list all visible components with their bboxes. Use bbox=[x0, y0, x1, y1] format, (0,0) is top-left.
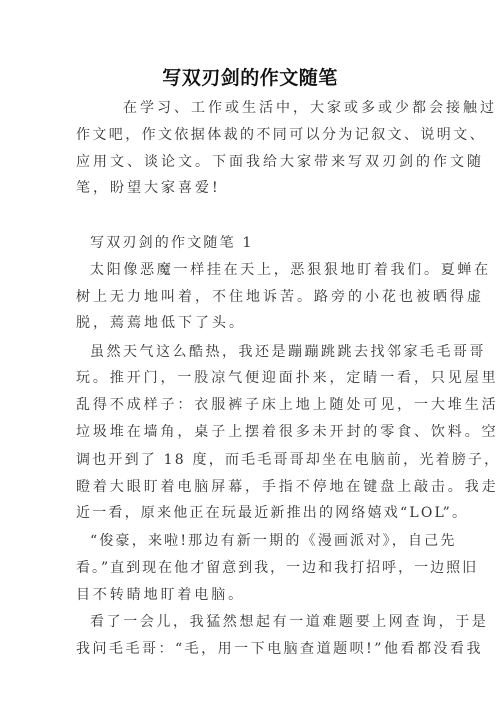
intro-line: 应用文、谈论文。下面我给大家带来写双刃剑的作文随 bbox=[76, 153, 426, 171]
document-page: 写双刃剑的作文随笔 在学习、工作或生活中，大家或多或少都会接触过 作文吧，作文依… bbox=[0, 0, 500, 707]
body-line: 近一看，原来他正在玩最近新推出的网络嬉戏“LOL”。 bbox=[76, 504, 426, 522]
body-line: 玩。推开门，一股凉气便迎面扑来，定睛一看，只见屋里 bbox=[76, 369, 426, 387]
body-line: 乱得不成样子：衣服裤子床上地上随处可见，一大堆生活 bbox=[76, 396, 426, 414]
body-line: 垃圾堆在墙角，桌子上摆着很多未开封的零食、饮料。空 bbox=[76, 423, 426, 441]
body-line: 树上无力地叫着，不住地诉苦。路旁的小花也被晒得虚 bbox=[76, 288, 426, 306]
document-title: 写双刃剑的作文随笔 bbox=[0, 63, 500, 90]
body-line: 看了一会儿，我猛然想起有一道难题要上网查询，于是 bbox=[90, 613, 440, 631]
body-line: 脱，蔫蔫地低下了头。 bbox=[76, 314, 426, 332]
body-line: 目不转睛地盯着电脑。 bbox=[76, 586, 426, 604]
body-line: 看。”直到现在他才留意到我，一边和我打招呼，一边照旧 bbox=[76, 559, 426, 577]
body-line: 虽然天气这么酷热，我还是蹦蹦跳跳去找邻家毛毛哥哥 bbox=[90, 343, 440, 361]
intro-line: 作文吧，作文依据体裁的不同可以分为记叙文、说明文、 bbox=[76, 126, 426, 144]
body-line: 调也开到了 18 度，而毛毛哥哥却坐在电脑前，光着膀子， bbox=[76, 451, 426, 469]
body-line: “俊豪，来啦!那边有新一期的《漫画派对》，自己先 bbox=[90, 532, 440, 550]
section-heading: 写双刃剑的作文随笔 1 bbox=[90, 234, 254, 252]
intro-line: 在学习、工作或生活中，大家或多或少都会接触过 bbox=[123, 99, 473, 117]
body-line: 太阳像恶魔一样挂在天上，恶狠狠地盯着我们。夏蝉在 bbox=[90, 261, 440, 279]
intro-line: 笔，盼望大家喜爱! bbox=[76, 179, 426, 197]
body-line: 瞪着大眼盯着电脑屏幕，手指不停地在键盘上敲击。我走 bbox=[76, 478, 426, 496]
body-line: 我问毛毛哥：“毛，用一下电脑查道题呗!”他看都没看我 bbox=[76, 640, 426, 658]
